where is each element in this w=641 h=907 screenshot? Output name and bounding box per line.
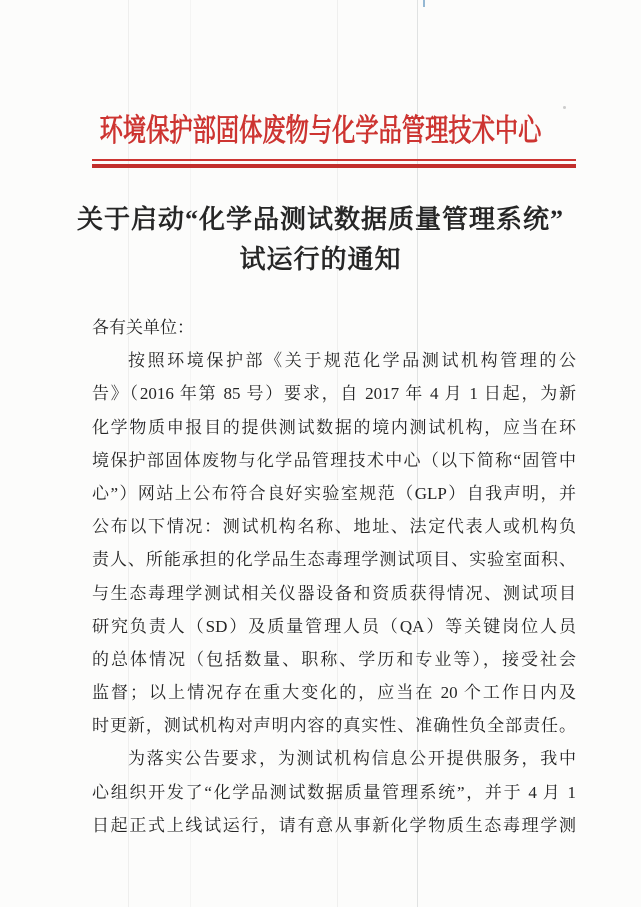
body-line: 的总体情况（包括数量、职称、学历和专业等），接受社会 — [92, 643, 576, 676]
body-line: 心组织开发了“化学品测试数据质量管理系统”，并于 4 月 1 — [92, 776, 576, 809]
body-line: 按照环境保护部《关于规范化学品测试机构管理的公 — [92, 344, 576, 377]
notice-title-line2: 试运行的通知 — [0, 240, 641, 280]
letterhead-divider-thick-line — [92, 164, 576, 168]
body-line: 公布以下情况：测试机构名称、地址、法定代表人或机构负 — [92, 510, 576, 543]
body-line: 研究负责人（SD）及质量管理人员（QA）等关键岗位人员 — [92, 610, 576, 643]
body-line: 与生态毒理学测试相关仪器设备和资质获得情况、测试项目 — [92, 577, 576, 610]
letterhead-org-name: 环境保护部固体废物与化学品管理技术中心 — [100, 110, 542, 152]
scan-artifact-tick — [423, 0, 425, 7]
letterhead-divider-thin-line — [92, 159, 576, 161]
body-line: 责人、所能承担的化学品生态毒理学测试项目、实验室面积、 — [92, 543, 576, 576]
scan-artifact-dot — [563, 106, 566, 109]
notice-body: 各有关单位： 按照环境保护部《关于规范化学品测试机构管理的公 告》（2016 年… — [92, 311, 576, 842]
body-line: 日起正式上线试运行，请有意从事新化学物质生态毒理学测 — [92, 809, 576, 842]
body-line: 化学物质申报目的提供测试数据的境内测试机构，应当在环 — [92, 411, 576, 444]
body-line: 时更新，测试机构对声明内容的真实性、准确性负全部责任。 — [92, 709, 576, 742]
notice-title: 关于启动“化学品测试数据质量管理系统” 试运行的通知 — [0, 200, 641, 280]
body-line: 监督；以上情况存在重大变化的，应当在 20 个工作日内及 — [92, 676, 576, 709]
body-line: 告》（2016 年第 85 号）要求，自 2017 年 4 月 1 日起，为新 — [92, 377, 576, 410]
body-line: 为落实公告要求，为测试机构信息公开提供服务，我中 — [92, 742, 576, 775]
salutation: 各有关单位： — [92, 311, 576, 344]
notice-title-line1: 关于启动“化学品测试数据质量管理系统” — [0, 200, 641, 240]
scanned-notice-page: 环境保护部固体废物与化学品管理技术中心 关于启动“化学品测试数据质量管理系统” … — [0, 0, 641, 907]
body-line: 心”）网站上公布符合良好实验室规范（GLP）自我声明，并 — [92, 477, 576, 510]
body-line: 境保护部固体废物与化学品管理技术中心（以下简称“固管中 — [92, 444, 576, 477]
letterhead-divider — [92, 159, 576, 168]
letterhead: 环境保护部固体废物与化学品管理技术中心 — [0, 110, 641, 152]
